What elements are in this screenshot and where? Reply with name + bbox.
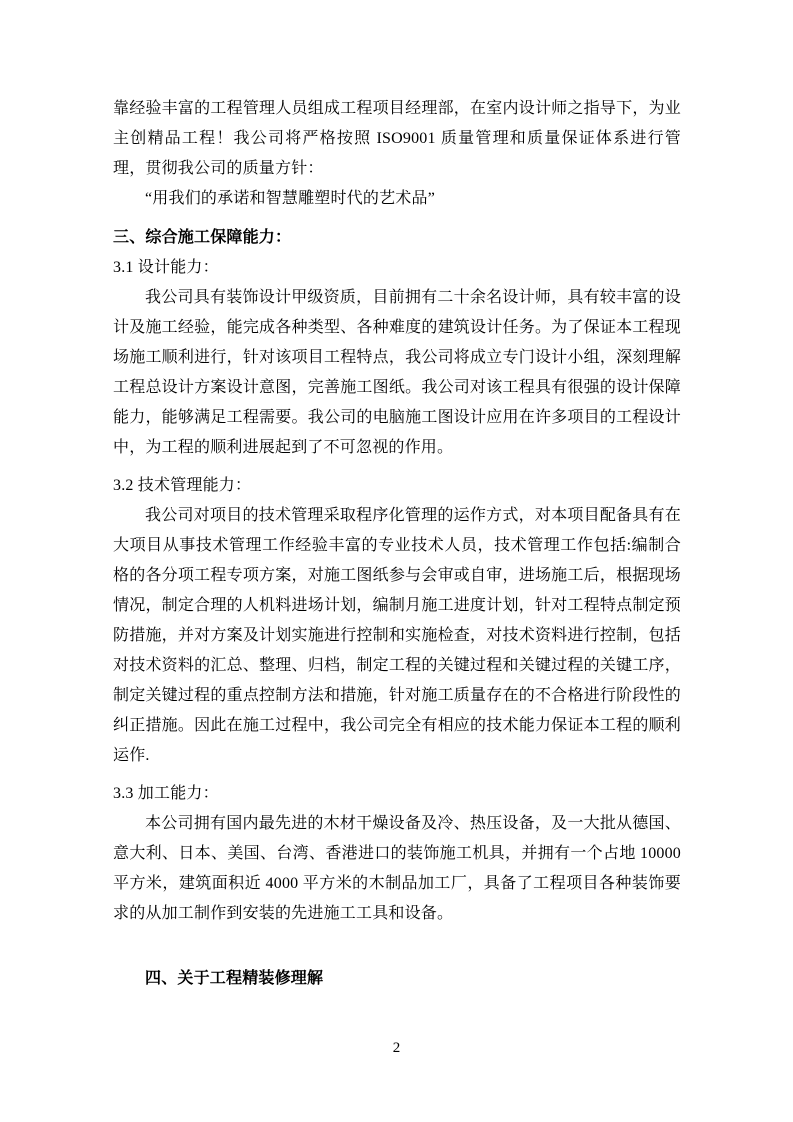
section-3-1-heading: 3.1 设计能力：: [113, 253, 681, 283]
document-page: 靠经验丰富的工程管理人员组成工程项目经理部，在室内设计师之指导下，为业主创精品工…: [0, 0, 793, 1122]
section-3-heading: 三、综合施工保障能力：: [113, 223, 681, 253]
section-4-heading: 四、关于工程精装修理解: [113, 964, 681, 994]
section-3-3-heading: 3.3 加工能力：: [113, 779, 681, 809]
section-3-1-body: 我公司具有装饰设计甲级资质，目前拥有二十余名设计师，具有较丰富的设计及施工经验，…: [113, 283, 681, 463]
section-3-2-heading: 3.2 技术管理能力：: [113, 471, 681, 501]
quality-policy-quote: “用我们的承诺和智慧雕塑时代的艺术品”: [113, 184, 681, 214]
page-body: 靠经验丰富的工程管理人员组成工程项目经理部，在室内设计师之指导下，为业主创精品工…: [113, 94, 681, 994]
intro-paragraph: 靠经验丰富的工程管理人员组成工程项目经理部，在室内设计师之指导下，为业主创精品工…: [113, 94, 681, 184]
section-3-2-body: 我公司对项目的技术管理采取程序化管理的运作方式，对本项目配备具有在大项目从事技术…: [113, 501, 681, 771]
section-3-3-body: 本公司拥有国内最先进的木材干燥设备及冷、热压设备，及一大批从德国、意大利、日本、…: [113, 809, 681, 929]
page-number: 2: [0, 1038, 793, 1058]
